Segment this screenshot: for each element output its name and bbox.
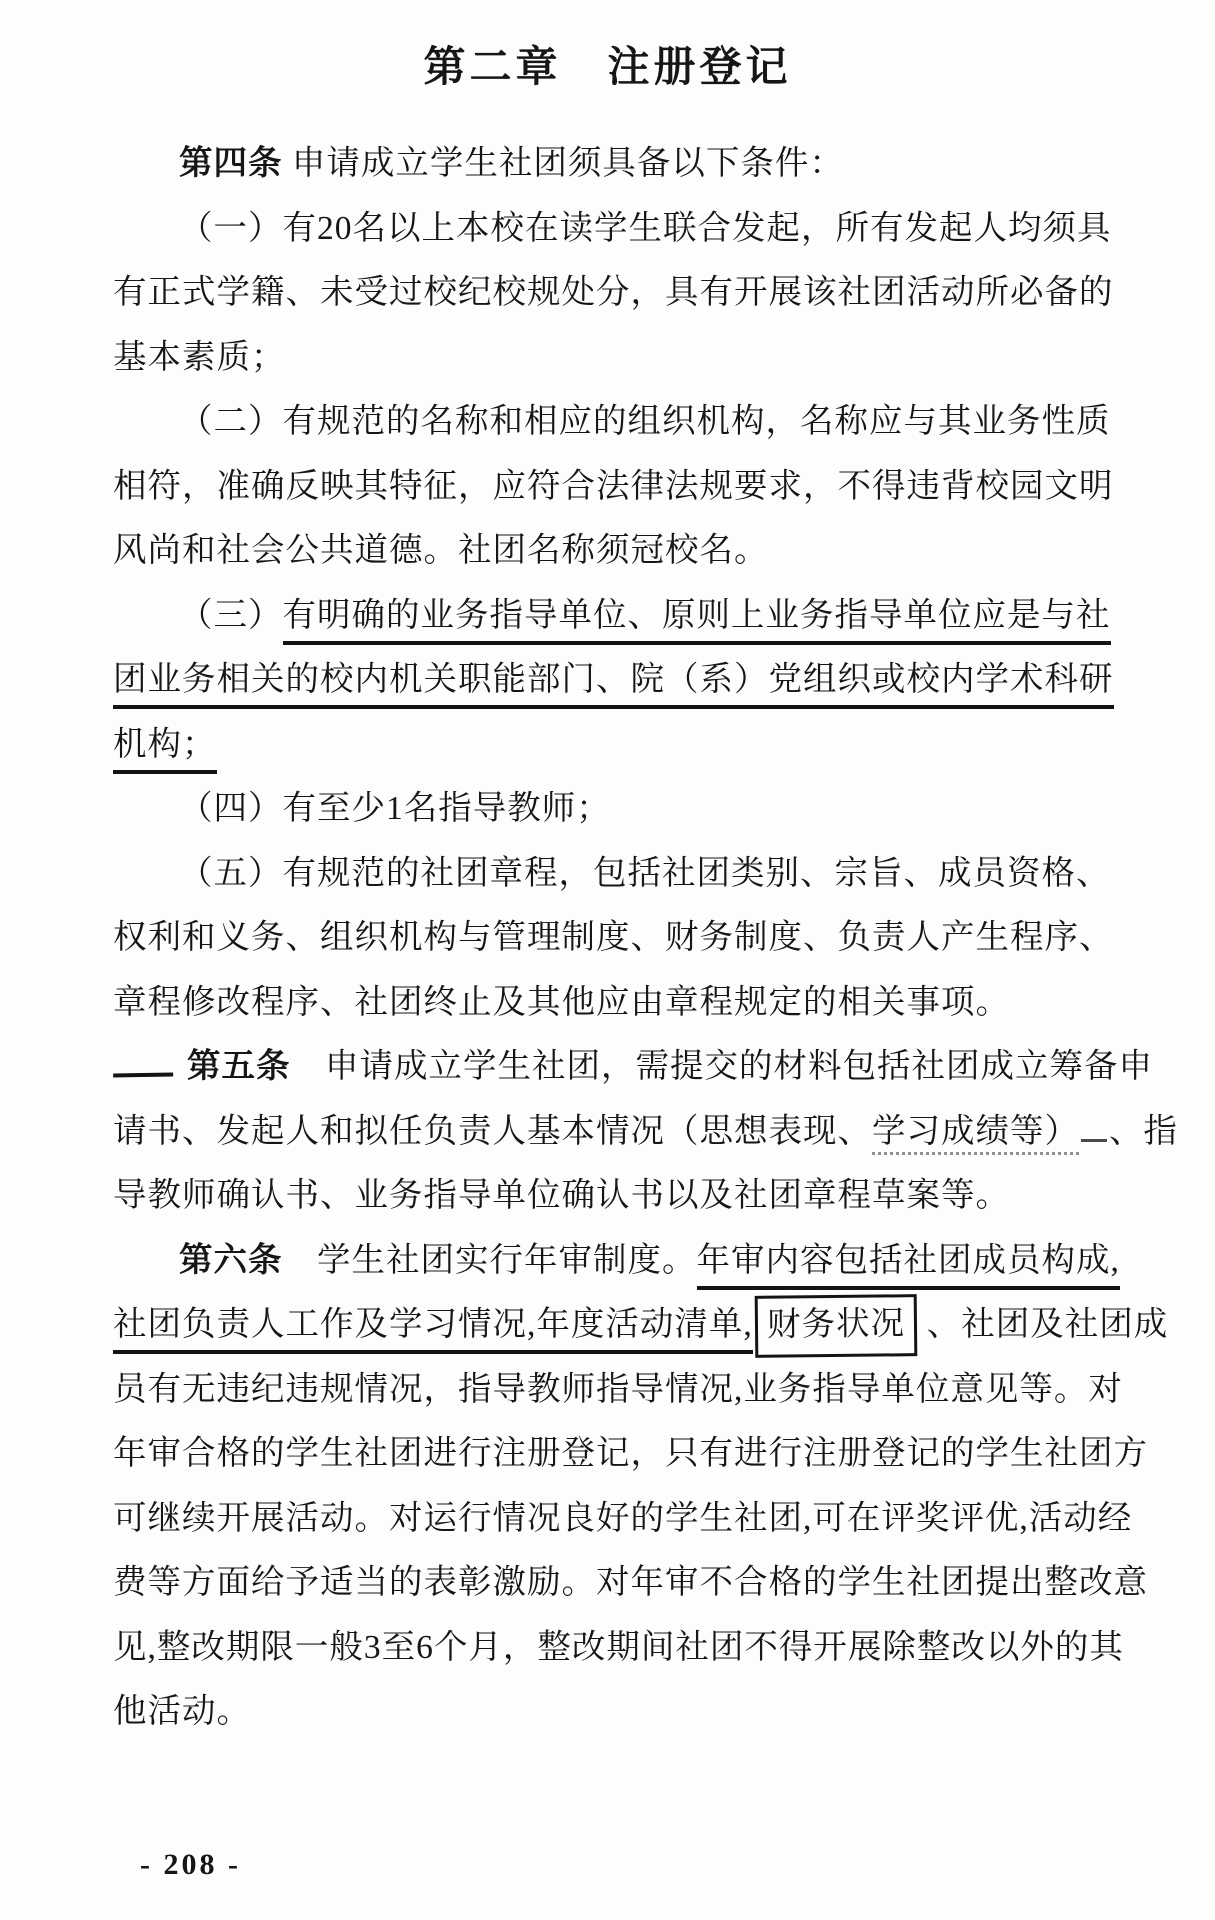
document-page: 第二章 注册登记 第四条 申请成立学生社团须具备以下条件：（一）有20名以上本校… — [0, 0, 1215, 1920]
article-number: 第六条 — [179, 1242, 283, 1279]
underlined-text: 机构； — [113, 726, 217, 774]
text-segment: 、指 — [1109, 1113, 1178, 1150]
text-segment: （二）有规范的名称和相应的组织机构，名称应与其业务性质 — [179, 403, 1111, 440]
text-line: 费等方面给予适当的表彰激励。对年审不合格的学生社团提出整改意 — [113, 1551, 1135, 1616]
text-segment: 员有无违纪违规情况，指导教师指导情况,业务指导单位意见等。对 — [113, 1371, 1123, 1408]
text-segment: 权利和义务、组织机构与管理制度、财务制度、负责人产生程序、 — [113, 919, 1114, 956]
text-line: 相符，准确反映其特征，应符合法律法规要求，不得违背校园文明 — [113, 455, 1135, 520]
text-segment: 申请成立学生社团须具备以下条件： — [283, 145, 844, 182]
text-line: （二）有规范的名称和相应的组织机构，名称应与其业务性质 — [113, 390, 1135, 455]
text-line: 有正式学籍、未受过校纪校规处分，具有开展该社团活动所必备的 — [113, 261, 1135, 326]
text-line: 基本素质； — [113, 326, 1135, 391]
text-line: 社团负责人工作及学习情况,年度活动清单,财务状况、社团及社团成 — [113, 1293, 1135, 1358]
text-line: 年审合格的学生社团进行注册登记，只有进行注册登记的学生社团方 — [113, 1422, 1135, 1487]
chapter-title: 第二章 注册登记 — [0, 46, 1215, 88]
text-line: （五）有规范的社团章程，包括社团类别、宗旨、成员资格、 — [113, 842, 1135, 907]
text-line: 导教师确认书、业务指导单位确认书以及社团章程草案等。 — [113, 1164, 1135, 1229]
text-segment: 申请成立学生社团，需提交的材料包括社团成立筹备申 — [291, 1048, 1154, 1085]
text-segment: 请书、发起人和拟任负责人基本情况（思想表现、 — [113, 1113, 872, 1150]
text-segment: 见,整改期限一般3至6个月，整改期间社团不得开展除整改以外的其 — [113, 1629, 1124, 1666]
article-number: 第四条 — [179, 145, 283, 182]
text-line: 员有无违纪违规情况，指导教师指导情况,业务指导单位意见等。对 — [113, 1358, 1135, 1423]
underlined-text: 团业务相关的校内机关职能部门、院（系）党组织或校内学术科研 — [113, 661, 1114, 709]
text-line: （三）有明确的业务指导单位、原则上业务指导单位应是与社 — [113, 584, 1135, 649]
text-line: 第四条 申请成立学生社团须具备以下条件： — [113, 132, 1135, 197]
text-segment: 、社团及社团成 — [927, 1306, 1169, 1343]
text-segment: 学生社团实行年审制度。 — [283, 1242, 697, 1279]
text-segment: 费等方面给予适当的表彰激励。对年审不合格的学生社团提出整改意 — [113, 1564, 1148, 1601]
text-segment: 风尚和社会公共道德。社团名称须冠校名。 — [113, 532, 769, 569]
text-segment: 相符，准确反映其特征，应符合法律法规要求，不得违背校园文明 — [113, 468, 1114, 505]
text-line: 他活动。 — [113, 1680, 1135, 1745]
text-segment: 章程修改程序、社团终止及其他应由章程规定的相关事项。 — [113, 984, 1010, 1021]
text-segment: （五）有规范的社团章程，包括社团类别、宗旨、成员资格、 — [179, 855, 1111, 892]
text-segment: 基本素质； — [113, 339, 286, 376]
handwritten-short-dash-mark — [1081, 1127, 1107, 1142]
underlined-text: 年审内容包括社团成员构成, — [697, 1242, 1120, 1290]
text-segment: （四）有至少1名指导教师； — [179, 790, 611, 827]
text-line: 权利和义务、组织机构与管理制度、财务制度、负责人产生程序、 — [113, 906, 1135, 971]
text-segment: 导教师确认书、业务指导单位确认书以及社团章程草案等。 — [113, 1177, 1010, 1214]
text-line: 第五条 申请成立学生社团，需提交的材料包括社团成立筹备申 — [113, 1035, 1135, 1100]
text-line: 请书、发起人和拟任负责人基本情况（思想表现、学习成绩等）、指 — [113, 1100, 1135, 1165]
text-line: 机构； — [113, 713, 1135, 778]
text-line: 见,整改期限一般3至6个月，整改期间社团不得开展除整改以外的其 — [113, 1616, 1135, 1681]
document-body: 第四条 申请成立学生社团须具备以下条件：（一）有20名以上本校在读学生联合发起，… — [0, 132, 1215, 1745]
text-segment: （一）有20名以上本校在读学生联合发起，所有发起人均须具 — [179, 210, 1112, 247]
text-segment: 有正式学籍、未受过校纪校规处分，具有开展该社团活动所必备的 — [113, 274, 1114, 311]
underlined-text: 有明确的业务指导单位、原则上业务指导单位应是与社 — [283, 597, 1111, 645]
text-line: （四）有至少1名指导教师； — [113, 777, 1135, 842]
text-segment: 年审合格的学生社团进行注册登记，只有进行注册登记的学生社团方 — [113, 1435, 1148, 1472]
text-segment: 可继续开展活动。对运行情况良好的学生社团,可在评奖评优,活动经 — [113, 1500, 1132, 1537]
text-line: 风尚和社会公共道德。社团名称须冠校名。 — [113, 519, 1135, 584]
text-line: 第六条 学生社团实行年审制度。年审内容包括社团成员构成, — [113, 1229, 1135, 1294]
text-segment: （三） — [179, 597, 283, 634]
text-line: 章程修改程序、社团终止及其他应由章程规定的相关事项。 — [113, 971, 1135, 1036]
text-line: 团业务相关的校内机关职能部门、院（系）党组织或校内学术科研 — [113, 648, 1135, 713]
text-line: 可继续开展活动。对运行情况良好的学生社团,可在评奖评优,活动经 — [113, 1487, 1135, 1552]
underlined-text: 社团负责人工作及学习情况,年度活动清单, — [113, 1306, 753, 1354]
text-segment: 他活动。 — [113, 1693, 251, 1730]
handwritten-dash-mark — [113, 1054, 173, 1077]
article-number: 第五条 — [187, 1048, 291, 1085]
handwritten-boxed-text: 财务状况 — [754, 1294, 917, 1358]
page-number: - 208 - — [140, 1848, 241, 1882]
text-line: （一）有20名以上本校在读学生联合发起，所有发起人均须具 — [113, 197, 1135, 262]
dotted-underlined-text: 学习成绩等） — [872, 1113, 1079, 1155]
